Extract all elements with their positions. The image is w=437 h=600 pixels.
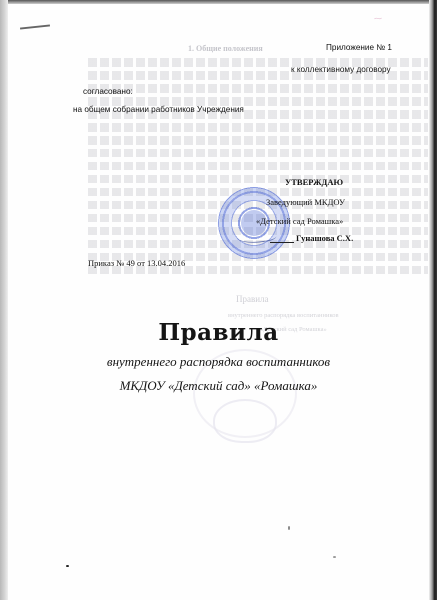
pink-mark: ⁓ xyxy=(374,14,382,23)
approval-label: УТВЕРЖДАЮ xyxy=(285,177,343,187)
signature-line xyxy=(270,242,294,243)
scan-left-edge xyxy=(0,0,8,600)
document-page: ⁓ 1. Общие положения Правила внутреннего… xyxy=(8,4,429,600)
document-subtitle: внутреннего распорядка воспитанников xyxy=(8,354,429,370)
scan-speck xyxy=(66,565,69,567)
director-position: Заведующий МКДОУ xyxy=(266,197,345,207)
bleed-through-heading: 1. Общие положения xyxy=(188,44,263,53)
scan-speck xyxy=(333,556,336,558)
organization-name: «Детский сад Ромашка» xyxy=(256,216,343,226)
bleed-ornament-lower xyxy=(213,399,277,443)
collective-agreement-label: к коллективному договору xyxy=(291,65,391,74)
order-reference: Приказ № 49 от 13.04.2016 xyxy=(88,258,185,268)
agreed-label: согласовано: xyxy=(83,87,133,96)
bleed-through-title: Правила xyxy=(236,294,269,304)
appendix-label: Приложение № 1 xyxy=(326,43,392,52)
agreed-where: на общем собрании работников Учреждения xyxy=(73,105,244,114)
director-name: Гунашова С.Х. xyxy=(296,233,353,243)
scan-right-edge xyxy=(429,0,437,600)
document-title: Правила xyxy=(8,319,429,346)
pen-mark xyxy=(20,24,50,29)
institution-name: МКДОУ «Детский сад» «Ромашка» xyxy=(8,378,429,394)
scan-speck xyxy=(288,526,290,530)
bleed-through-subtitle: внутреннего распорядка воспитанников xyxy=(228,312,339,319)
